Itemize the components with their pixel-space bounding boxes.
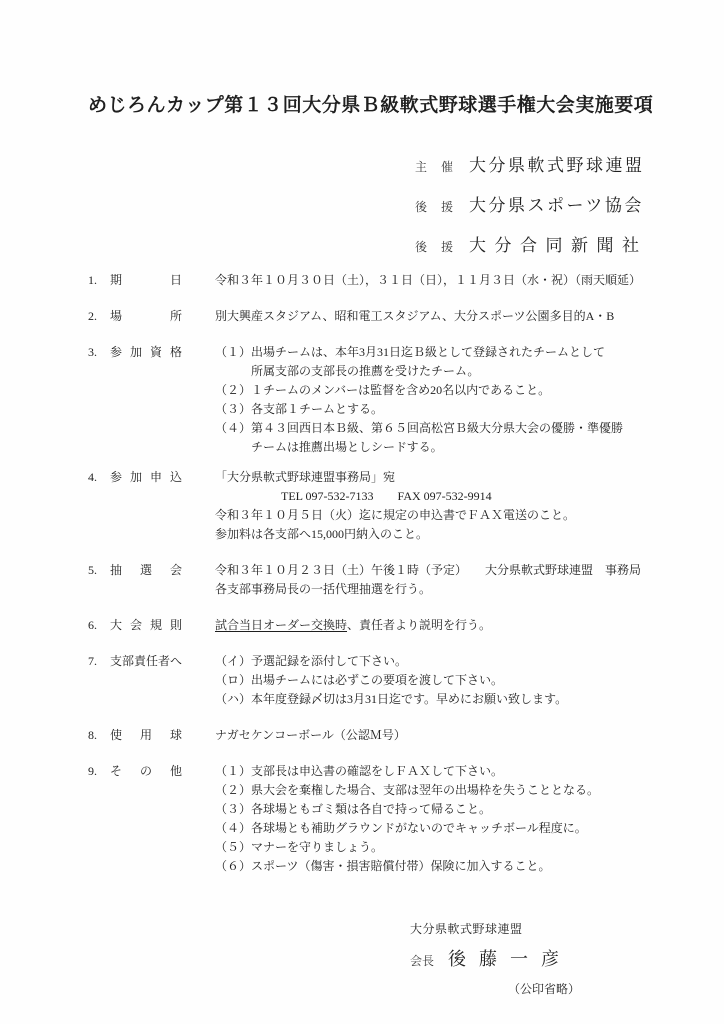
- section-body: 「大分県軟式野球連盟事務局」宛 TEL 097-532-7133 FAX 097…: [215, 468, 652, 544]
- section-misc: 9. その他 （１）支部長は申込書の確認をしＦＡＸして下さい。 （２）県大会を棄…: [88, 762, 652, 876]
- sponsor-label: 後援: [415, 198, 453, 215]
- section-date: 1. 期日 令和３年１０月３０日（土），３１日（日），１１月３日（水・祝）（雨天…: [88, 271, 652, 290]
- document-page: めじろんカップ第１３回大分県Ｂ級軟式野球選手権大会実施要項 主催 大分県軟式野球…: [0, 0, 724, 1024]
- text-line: 所属支部の支部長の推薦を受けたチーム。: [215, 362, 652, 381]
- sponsor-name: 大分県軟式野球連盟: [469, 151, 645, 176]
- section-eligibility: 3. 参加資格 （１）出場チームは、本年3月31日迄Ｂ級として登録されたチームと…: [88, 343, 652, 457]
- text-line: 「大分県軟式野球連盟事務局」宛: [215, 468, 652, 487]
- section-body: 令和３年１０月２３日（土）午後１時（予定） 大分県軟式野球連盟 事務局 各支部事…: [215, 561, 652, 599]
- text-line: （２）１チームのメンバーは監督を含め20名以内であること。: [215, 381, 652, 400]
- text-line: （ハ）本年度登録〆切は3月31日迄です。早めにお願い致します。: [215, 690, 652, 709]
- sponsor-row-organizer: 主催 大分県軟式野球連盟: [415, 151, 652, 172]
- sponsor-name: 大分県スポーツ協会: [469, 191, 644, 216]
- section-number: 5.: [88, 561, 110, 599]
- sponsor-block: 主催 大分県軟式野球連盟 後援 大分県スポーツ協会 後援 大分合同新聞社: [415, 151, 652, 252]
- section-number: 7.: [88, 652, 110, 709]
- signature-role: 会長: [410, 952, 434, 969]
- section-body: 試合当日オーダー交換時、責任者より説明を行う。: [215, 616, 652, 635]
- text-line: （３）各支部１チームとする。: [215, 400, 652, 419]
- section-heading: 8. 使用球: [88, 726, 215, 745]
- section-number: 4.: [88, 468, 110, 544]
- section-number: 9.: [88, 762, 110, 876]
- text-line: （５）マナーを守りましょう。: [215, 838, 652, 857]
- text-line: （ロ）出場チームには必ずこの要項を渡して下さい。: [215, 671, 652, 690]
- section-number: 8.: [88, 726, 110, 745]
- sponsor-label: 主催: [415, 158, 453, 175]
- section-heading: 4. 参加申込: [88, 468, 215, 544]
- section-ball: 8. 使用球 ナガセケンコーボール（公認Ｍ号）: [88, 726, 652, 745]
- section-body: 令和３年１０月３０日（土），３１日（日），１１月３日（水・祝）（雨天順延）: [215, 271, 652, 290]
- text-line: 各支部事務局長の一括代理抽選を行う。: [215, 580, 652, 599]
- signature-block: 大分県軟式野球連盟 会長 後藤一彦 （公印省略）: [410, 920, 652, 997]
- text-line: （４）第４３回西日本Ｂ級、第６５回高松宮Ｂ級大分県大会の優勝・準優勝: [215, 419, 652, 438]
- text-line: チームは推薦出場としシードする。: [215, 438, 652, 457]
- section-label: その他: [110, 762, 182, 876]
- section-label: 支部責任者へ: [110, 652, 182, 709]
- underlined-text: 試合当日オーダー交換時: [215, 618, 347, 632]
- section-heading: 1. 期日: [88, 271, 215, 290]
- text-line: （４）各球場とも補助グラウンドがないのでキャッチボール程度に。: [215, 819, 652, 838]
- section-heading: 6. 大会規則: [88, 616, 215, 635]
- text-line: （３）各球場ともゴミ類は各自で持って帰ること。: [215, 800, 652, 819]
- signature-name: 後藤一彦: [448, 945, 572, 971]
- section-heading: 7. 支部責任者へ: [88, 652, 215, 709]
- sponsor-row-support-1: 後援 大分県スポーツ協会: [415, 191, 652, 212]
- section-label: 参加申込: [110, 468, 182, 544]
- text-line: （１）支部長は申込書の確認をしＦＡＸして下さい。: [215, 762, 652, 781]
- section-application: 4. 参加申込 「大分県軟式野球連盟事務局」宛 TEL 097-532-7133…: [88, 468, 652, 544]
- text-line: 令和３年１０月２３日（土）午後１時（予定） 大分県軟式野球連盟 事務局: [215, 561, 652, 580]
- section-heading: 2. 場所: [88, 307, 215, 326]
- sponsor-label: 後援: [415, 238, 453, 255]
- section-heading: 3. 参加資格: [88, 343, 215, 457]
- text-line: 別大興産スタジアム、昭和電工スタジアム、大分スポーツ公園多目的A・B: [215, 307, 652, 326]
- seal-omitted-note: （公印省略）: [410, 980, 652, 997]
- section-label: 大会規則: [110, 616, 182, 635]
- document-title: めじろんカップ第１３回大分県Ｂ級軟式野球選手権大会実施要項: [88, 90, 652, 117]
- section-number: 6.: [88, 616, 110, 635]
- section-heading: 9. その他: [88, 762, 215, 876]
- section-lottery: 5. 抽選会 令和３年１０月２３日（土）午後１時（予定） 大分県軟式野球連盟 事…: [88, 561, 652, 599]
- section-body: （１）支部長は申込書の確認をしＦＡＸして下さい。 （２）県大会を棄権した場合、支…: [215, 762, 652, 876]
- section-heading: 5. 抽選会: [88, 561, 215, 599]
- section-branch-managers: 7. 支部責任者へ （イ）予選記録を添付して下さい。 （ロ）出場チームには必ずこ…: [88, 652, 652, 709]
- text-line: （イ）予選記録を添付して下さい。: [215, 652, 652, 671]
- text-line: 参加料は各支部へ15,000円納入のこと。: [215, 525, 652, 544]
- text-line: ナガセケンコーボール（公認Ｍ号）: [215, 726, 652, 745]
- text-segment: 、責任者より説明を行う。: [347, 618, 491, 632]
- text-line: 試合当日オーダー交換時、責任者より説明を行う。: [215, 616, 652, 635]
- section-number: 2.: [88, 307, 110, 326]
- text-line: （２）県大会を棄権した場合、支部は翌年の出場枠を失うこととなる。: [215, 781, 652, 800]
- contact-numbers: TEL 097-532-7133 FAX 097-532-9914: [215, 487, 652, 506]
- sponsor-name: 大分合同新聞社: [469, 231, 648, 256]
- section-venue: 2. 場所 別大興産スタジアム、昭和電工スタジアム、大分スポーツ公園多目的A・B: [88, 307, 652, 326]
- signature-organization: 大分県軟式野球連盟: [410, 920, 652, 937]
- section-body: 別大興産スタジアム、昭和電工スタジアム、大分スポーツ公園多目的A・B: [215, 307, 652, 326]
- section-body: ナガセケンコーボール（公認Ｍ号）: [215, 726, 652, 745]
- section-label: 期日: [110, 271, 182, 290]
- sponsor-row-support-2: 後援 大分合同新聞社: [415, 231, 652, 252]
- text-line: 令和３年１０月５日（火）迄に規定の申込書でＦＡＸ電送のこと。: [215, 506, 652, 525]
- section-rules: 6. 大会規則 試合当日オーダー交換時、責任者より説明を行う。: [88, 616, 652, 635]
- section-label: 抽選会: [110, 561, 182, 599]
- text-line: （１）出場チームは、本年3月31日迄Ｂ級として登録されたチームとして: [215, 343, 652, 362]
- text-line: （６）スポーツ（傷害・損害賠償付帯）保険に加入すること。: [215, 857, 652, 876]
- section-label: 場所: [110, 307, 182, 326]
- signature-line: 会長 後藤一彦: [410, 945, 652, 971]
- section-label: 使用球: [110, 726, 182, 745]
- section-body: （イ）予選記録を添付して下さい。 （ロ）出場チームには必ずこの要項を渡して下さい…: [215, 652, 652, 709]
- text-line: 令和３年１０月３０日（土），３１日（日），１１月３日（水・祝）（雨天順延）: [215, 271, 652, 290]
- section-number: 1.: [88, 271, 110, 290]
- section-body: （１）出場チームは、本年3月31日迄Ｂ級として登録されたチームとして 所属支部の…: [215, 343, 652, 457]
- section-number: 3.: [88, 343, 110, 457]
- section-label: 参加資格: [110, 343, 182, 457]
- section-list: 1. 期日 令和３年１０月３０日（土），３１日（日），１１月３日（水・祝）（雨天…: [88, 271, 652, 876]
